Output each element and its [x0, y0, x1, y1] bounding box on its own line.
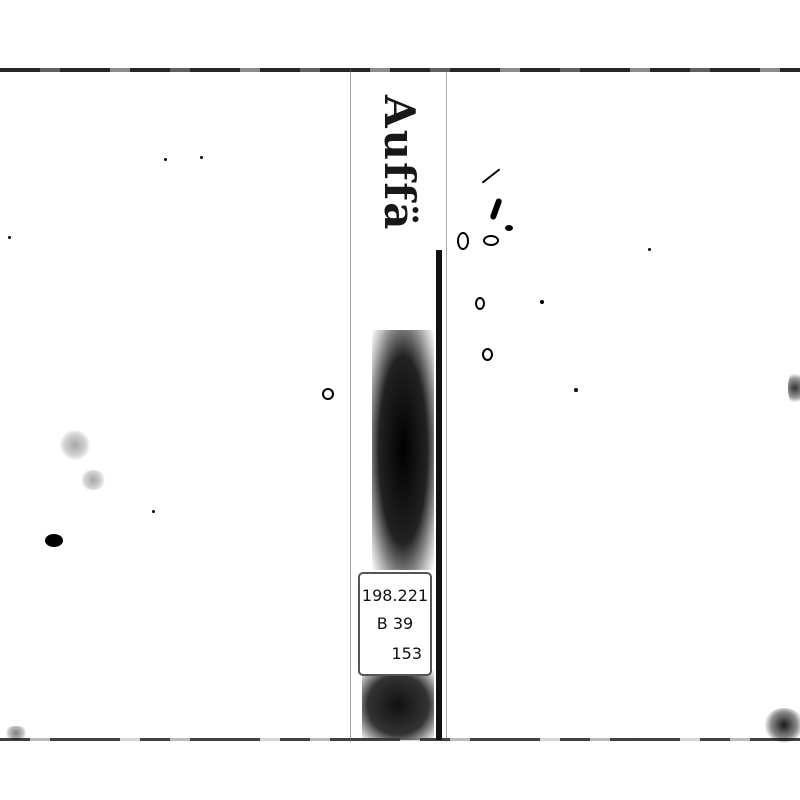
ink-ring: [483, 235, 499, 246]
spine-bottom-wear: [362, 670, 434, 740]
cover-top-edge: [0, 68, 800, 72]
ink-ring: [482, 348, 493, 361]
speck: [574, 388, 578, 392]
speck: [540, 300, 544, 304]
edge-smudge: [788, 370, 800, 406]
ink-speck: [505, 225, 513, 231]
speck: [8, 236, 11, 239]
smudge: [60, 430, 90, 460]
spine-worn-area: [372, 330, 434, 570]
spine-right-edge: [446, 68, 447, 742]
call-number-cutter: B 39: [360, 614, 430, 633]
corner-smudge: [764, 708, 800, 742]
smudge: [80, 470, 106, 490]
speck: [200, 156, 203, 159]
ink-ring: [475, 297, 485, 310]
corner-smudge: [4, 726, 28, 740]
spine-title: Auffä: [375, 95, 424, 231]
ring-mark: [322, 388, 334, 400]
speck: [648, 248, 651, 251]
speck: [164, 158, 167, 161]
speck: [152, 510, 155, 513]
call-number-class: 198.221: [360, 586, 430, 605]
call-number-label: 198.221 B 39 153: [358, 572, 432, 676]
ink-blot: [45, 534, 63, 547]
spine-left-edge: [350, 68, 351, 742]
call-number-item: 153: [360, 644, 430, 663]
spine-shadow-line: [436, 250, 442, 740]
ink-ring: [457, 232, 469, 250]
